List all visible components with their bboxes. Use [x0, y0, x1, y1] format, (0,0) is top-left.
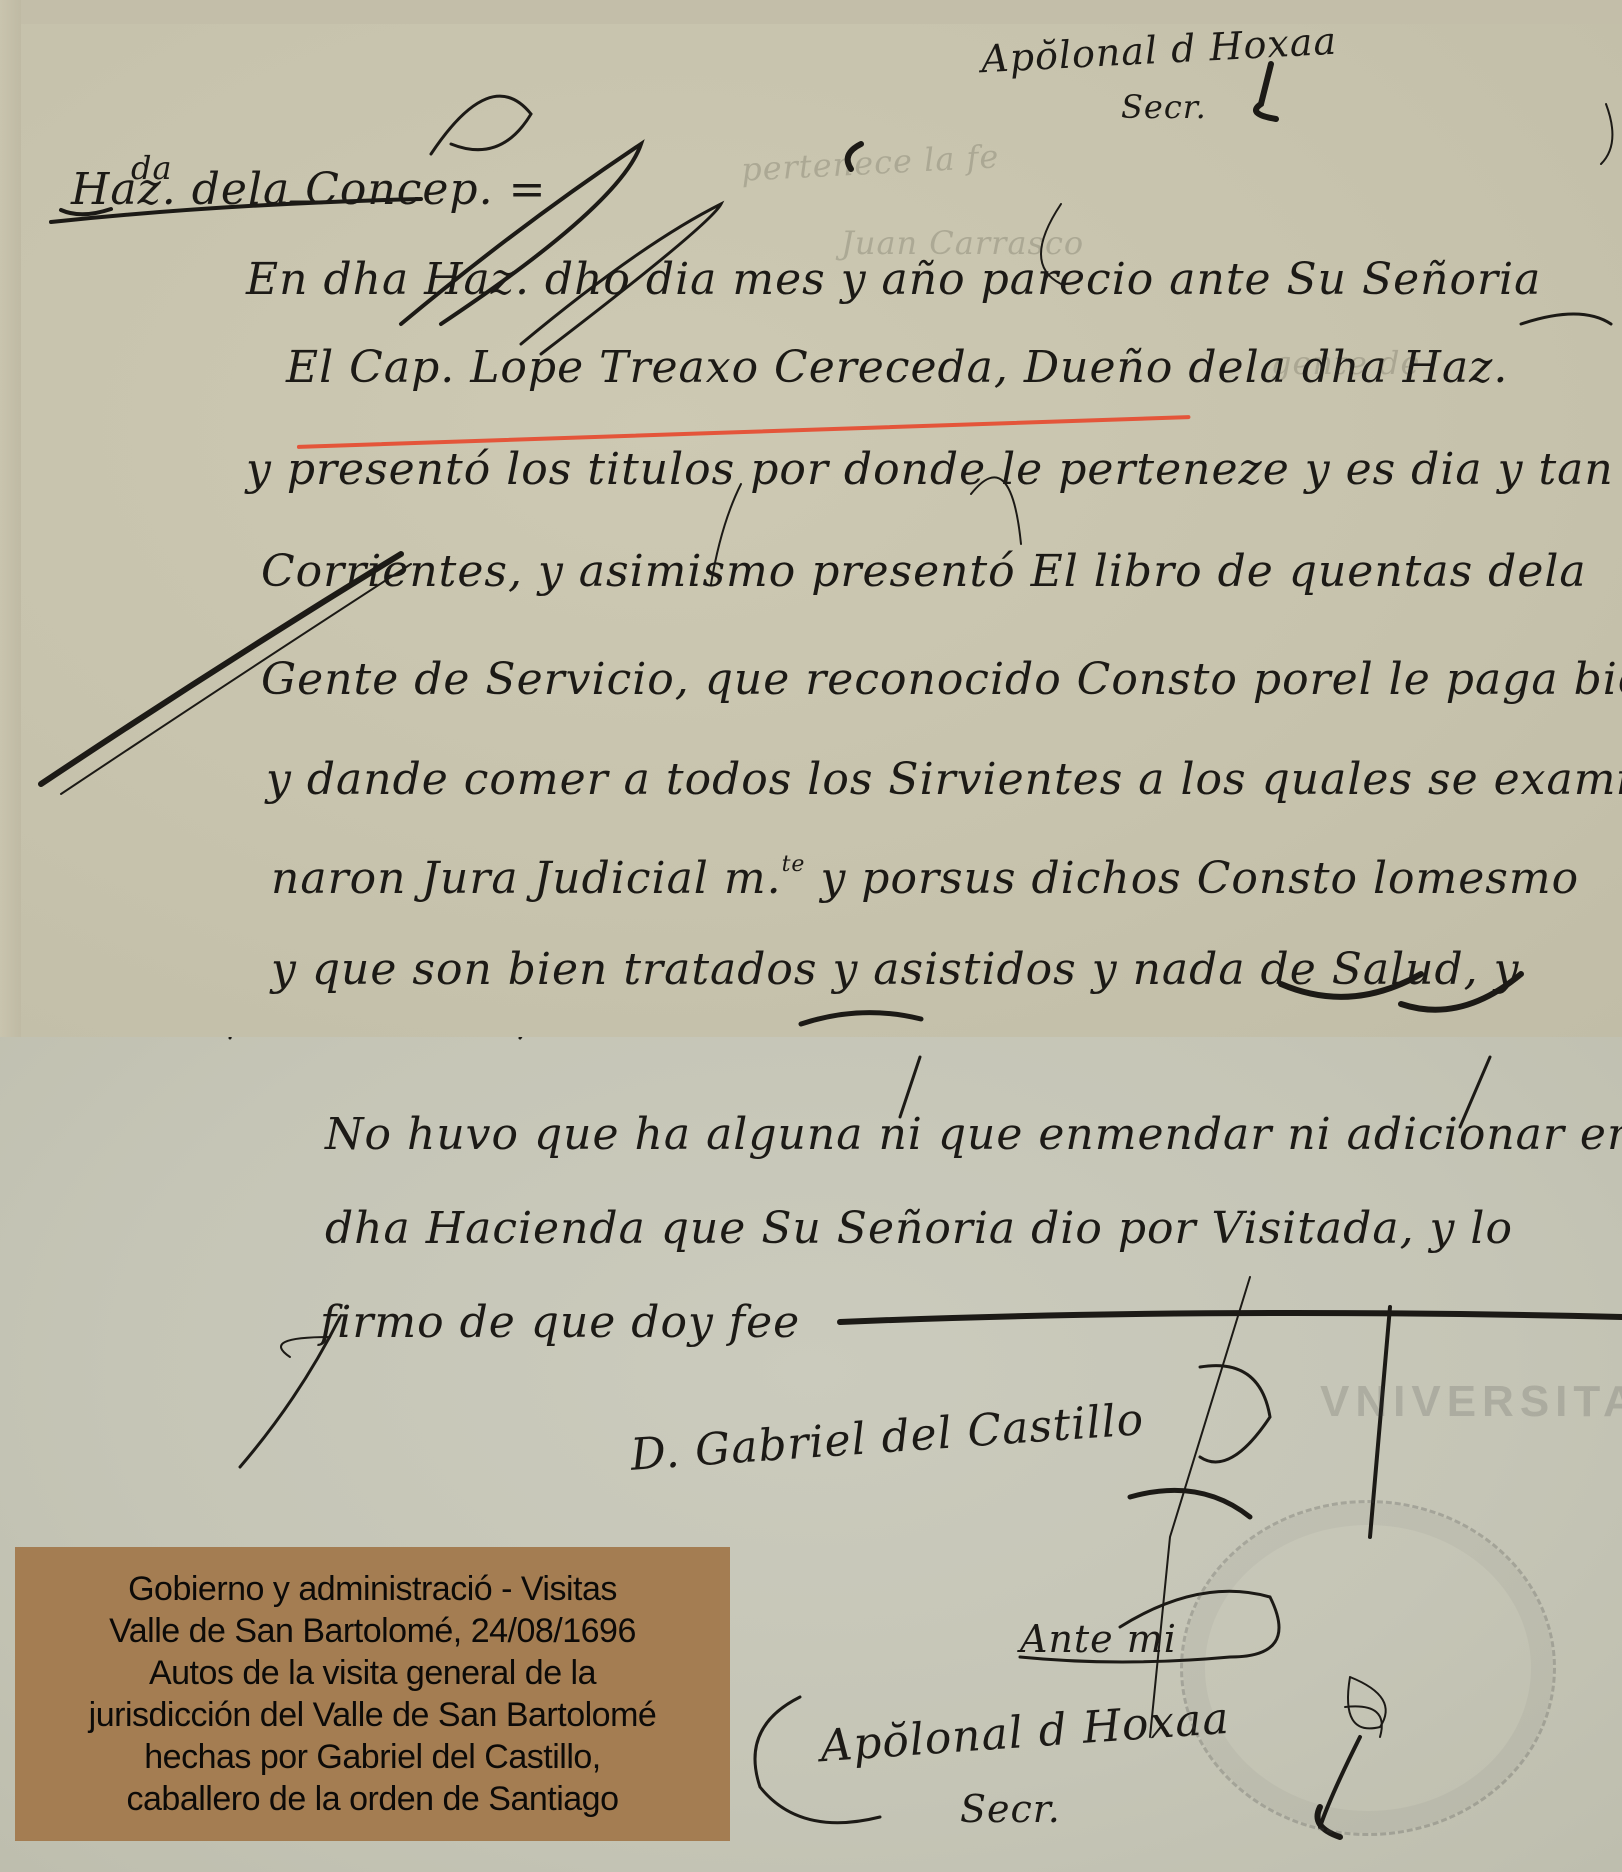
- institutional-seal: [1180, 1500, 1556, 1836]
- manuscript-bottom-line-3: firmo de que doy fee: [320, 1297, 800, 1348]
- manuscript-line-1: En dha Haz. dho dia mes y año parecio an…: [246, 254, 1541, 305]
- stamp-fragment-text: VNIVERSITA: [1320, 1377, 1622, 1427]
- manuscript-line-7: naron Jura Judicial m.te y porsus dichos…: [271, 852, 1579, 904]
- notary-signature-name: Apŏlonal d Hoxaa: [819, 1693, 1231, 1772]
- header-signature-title: Secr.: [1121, 88, 1207, 126]
- line-7-text: naron Jura Judicial m.: [271, 853, 782, 904]
- signature-ante-mi: Ante mi: [1020, 1617, 1177, 1661]
- margin-heading-superscript: da: [131, 149, 173, 187]
- manuscript-line-8: y que son bien tratados y asistidos y na…: [271, 944, 1520, 995]
- manuscript-line-5: Gente de Servicio, que reconocido Consto…: [261, 654, 1622, 705]
- caption-box: Gobierno y administració - Visitas Valle…: [15, 1547, 730, 1841]
- margin-heading-suffix: =: [509, 164, 547, 215]
- manuscript-bottom-line-1: No huvo que ha alguna ni que enmendar ni…: [325, 1109, 1622, 1160]
- manuscript-line-6: y dande comer a todos los Sirvientes a l…: [266, 754, 1622, 805]
- caption-line-4: jurisdicción del Valle de San Bartolomé: [89, 1694, 657, 1736]
- manuscript-line-2: El Cap. Lope Treaxo Cereceda, Dueño dela…: [286, 342, 1508, 393]
- signature-gabriel-del-castillo: D. Gabriel del Castillo: [629, 1394, 1146, 1481]
- manuscript-page-top: pertenece la fe Juan Carrasco gente de A…: [21, 24, 1622, 1037]
- manuscript-line-3: y presentó los titulos por donde le pert…: [246, 444, 1614, 495]
- caption-line-2: Valle de San Bartolomé, 24/08/1696: [109, 1610, 636, 1652]
- bleed-through-text: pertenece la fe: [740, 137, 1000, 188]
- caption-line-5: hechas por Gabriel del Castillo,: [144, 1736, 600, 1778]
- manuscript-bottom-line-2: dha Hacienda que Su Señoria dio por Visi…: [325, 1203, 1513, 1254]
- notary-signature-title: Secr.: [960, 1787, 1061, 1831]
- line-7-continuation: y porsus dichos Consto lomesmo: [820, 853, 1579, 904]
- caption-line-6: caballero de la orden de Santiago: [127, 1778, 619, 1820]
- caption-line-1: Gobierno y administració - Visitas: [128, 1568, 617, 1610]
- manuscript-line-4: Corrientes, y asimismo presentó El libro…: [261, 546, 1587, 597]
- header-signature-name: Apŏlonal d Hoxaa: [980, 24, 1338, 81]
- caption-line-3: Autos de la visita general de la: [149, 1652, 596, 1694]
- line-7-superscript: te: [782, 852, 806, 877]
